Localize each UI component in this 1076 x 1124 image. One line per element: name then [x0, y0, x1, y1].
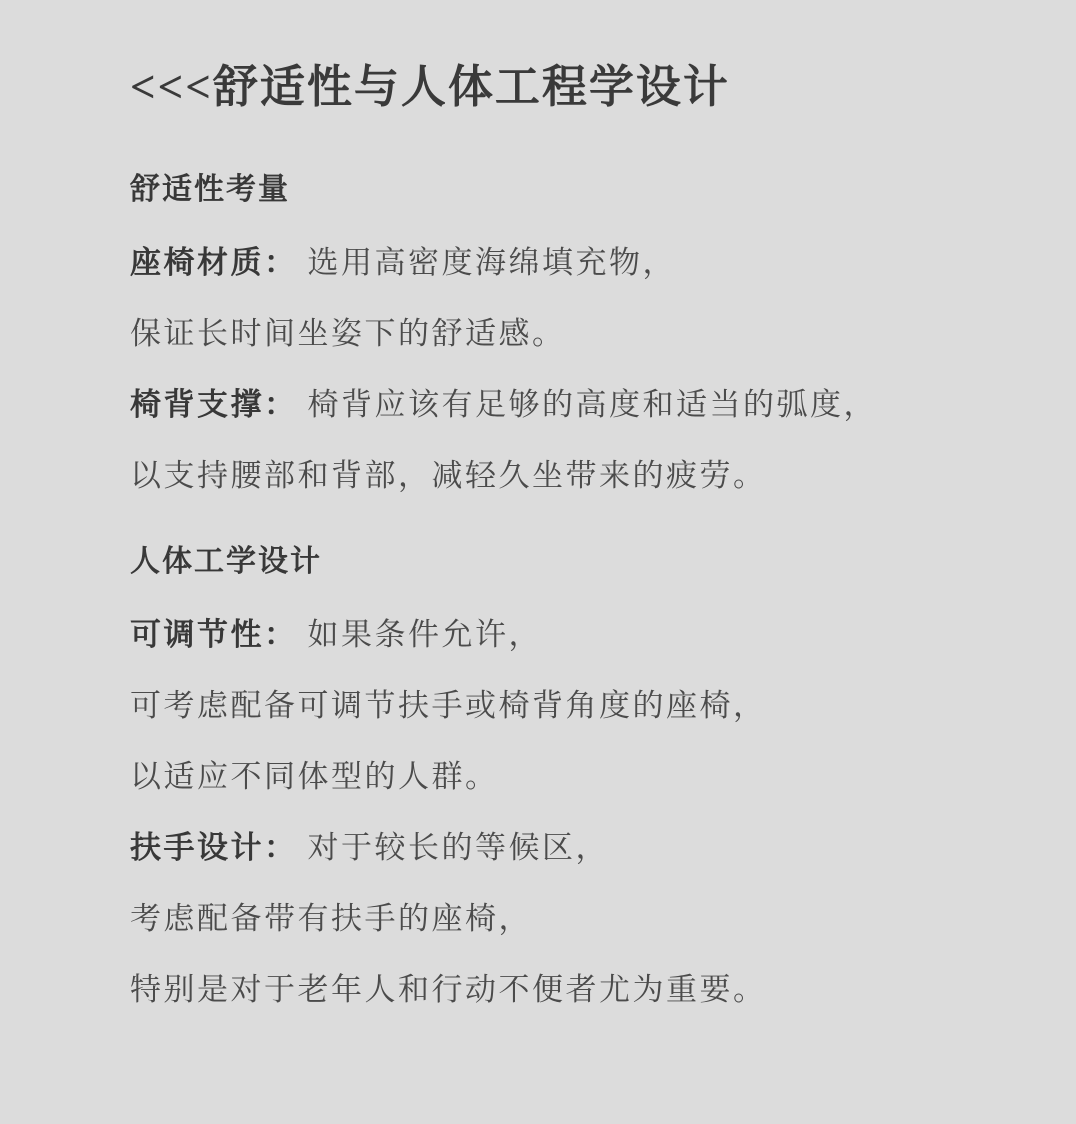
line-text: 如果条件允许，	[308, 617, 543, 652]
text-line: 可考虑配备可调节扶手或椅背角度的座椅，	[130, 686, 1016, 726]
line-text: 选用高密度海绵填充物，	[308, 245, 677, 280]
section-heading-comfort: 舒适性考量	[130, 170, 1016, 209]
line-text: 保证长时间坐姿下的舒适感。	[130, 316, 566, 351]
text-line: 考虑配备带有扶手的座椅，	[130, 899, 1016, 939]
text-line: 以支持腰部和背部，减轻久坐带来的疲劳。	[130, 456, 1016, 496]
line-text: 特别是对于老年人和行动不便者尤为重要。	[130, 972, 767, 1007]
text-line: 以适应不同体型的人群。	[130, 757, 1016, 797]
line-text: 以支持腰部和背部，减轻久坐带来的疲劳。	[130, 458, 767, 493]
text-line: 可调节性：如果条件允许，	[130, 615, 1016, 655]
line-text: 对于较长的等候区，	[308, 830, 610, 865]
page-title: <<<舒适性与人体工程学设计	[130, 60, 1016, 114]
section-comfort: 舒适性考量 座椅材质：选用高密度海绵填充物， 保证长时间坐姿下的舒适感。 椅背支…	[130, 170, 1016, 496]
line-label: 可调节性：	[130, 617, 298, 652]
text-line: 椅背支撑：椅背应该有足够的高度和适当的弧度，	[130, 385, 1016, 425]
text-line: 特别是对于老年人和行动不便者尤为重要。	[130, 970, 1016, 1010]
line-text: 以适应不同体型的人群。	[130, 759, 499, 794]
text-line: 扶手设计：对于较长的等候区，	[130, 828, 1016, 868]
line-text: 可考虑配备可调节扶手或椅背角度的座椅，	[130, 688, 767, 723]
line-label: 扶手设计：	[130, 830, 298, 865]
text-line: 座椅材质：选用高密度海绵填充物，	[130, 243, 1016, 283]
text-line: 保证长时间坐姿下的舒适感。	[130, 314, 1016, 354]
line-text: 椅背应该有足够的高度和适当的弧度，	[308, 387, 878, 422]
document-page: <<<舒适性与人体工程学设计 舒适性考量 座椅材质：选用高密度海绵填充物， 保证…	[0, 0, 1076, 1124]
section-heading-ergonomics: 人体工学设计	[130, 542, 1016, 581]
section-ergonomics: 人体工学设计 可调节性：如果条件允许， 可考虑配备可调节扶手或椅背角度的座椅， …	[130, 542, 1016, 1010]
line-label: 椅背支撑：	[130, 387, 298, 422]
line-label: 座椅材质：	[130, 245, 298, 280]
line-text: 考虑配备带有扶手的座椅，	[130, 901, 532, 936]
